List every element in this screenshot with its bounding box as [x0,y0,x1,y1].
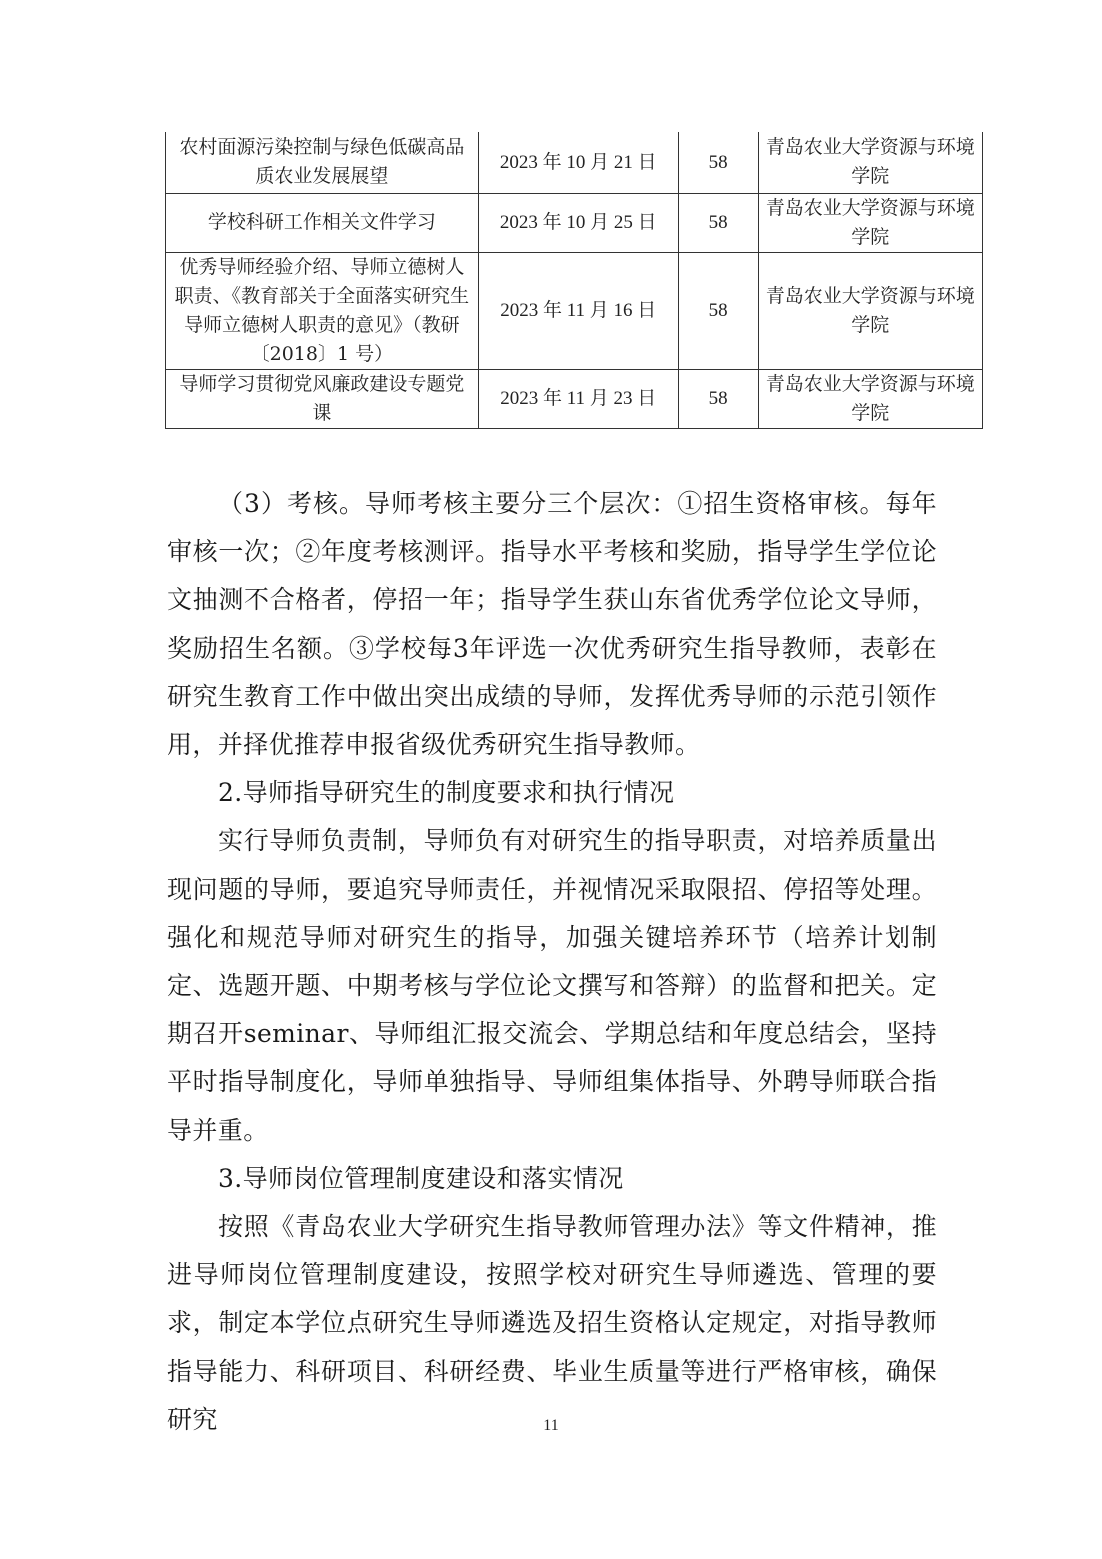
document-page: 农村面源污染控制与绿色低碳高品质农业发展展望 2023 年 10 月 21 日 … [0,0,1102,1559]
date-cell: 2023 年 10 月 21 日 [478,132,678,193]
date-cell: 2023 年 10 月 25 日 [478,193,678,252]
date-cell: 2023 年 11 月 23 日 [478,369,678,428]
organizer-cell: 青岛农业大学资源与环境学院 [758,252,982,369]
page-number: 11 [0,1417,1102,1435]
attendees-cell: 58 [678,252,758,369]
organizer-cell: 青岛农业大学资源与环境学院 [758,132,982,193]
topic-cell: 学校科研工作相关文件学习 [166,193,479,252]
training-records-table: 农村面源污染控制与绿色低碳高品质农业发展展望 2023 年 10 月 21 日 … [165,132,983,429]
attendees-cell: 58 [678,193,758,252]
topic-cell: 农村面源污染控制与绿色低碳高品质农业发展展望 [166,132,479,193]
section-heading-3: 3.导师岗位管理制度建设和落实情况 [167,1155,937,1203]
post-management-paragraph: 按照《青岛农业大学研究生指导教师管理办法》等文件精神，推进导师岗位管理制度建设，… [167,1203,937,1444]
attendees-cell: 58 [678,369,758,428]
table-row: 学校科研工作相关文件学习 2023 年 10 月 25 日 58 青岛农业大学资… [166,193,983,252]
attendees-cell: 58 [678,132,758,193]
organizer-cell: 青岛农业大学资源与环境学院 [758,193,982,252]
date-cell: 2023 年 11 月 16 日 [478,252,678,369]
table-row: 导师学习贯彻党风廉政建设专题党课 2023 年 11 月 23 日 58 青岛农… [166,369,983,428]
organizer-cell: 青岛农业大学资源与环境学院 [758,369,982,428]
assessment-paragraph: （3）考核。导师考核主要分三个层次：①招生资格审核。每年审核一次；②年度考核测评… [167,480,937,769]
table-row: 农村面源污染控制与绿色低碳高品质农业发展展望 2023 年 10 月 21 日 … [166,132,983,193]
section-heading-2: 2.导师指导研究生的制度要求和执行情况 [167,769,937,817]
topic-cell: 导师学习贯彻党风廉政建设专题党课 [166,369,479,428]
table-row: 优秀导师经验介绍、导师立德树人职责、《教育部关于全面落实研究生导师立德树人职责的… [166,252,983,369]
supervision-paragraph: 实行导师负责制，导师负有对研究生的指导职责，对培养质量出现问题的导师，要追究导师… [167,817,937,1154]
body-text: （3）考核。导师考核主要分三个层次：①招生资格审核。每年审核一次；②年度考核测评… [167,480,937,1444]
topic-cell: 优秀导师经验介绍、导师立德树人职责、《教育部关于全面落实研究生导师立德树人职责的… [166,252,479,369]
